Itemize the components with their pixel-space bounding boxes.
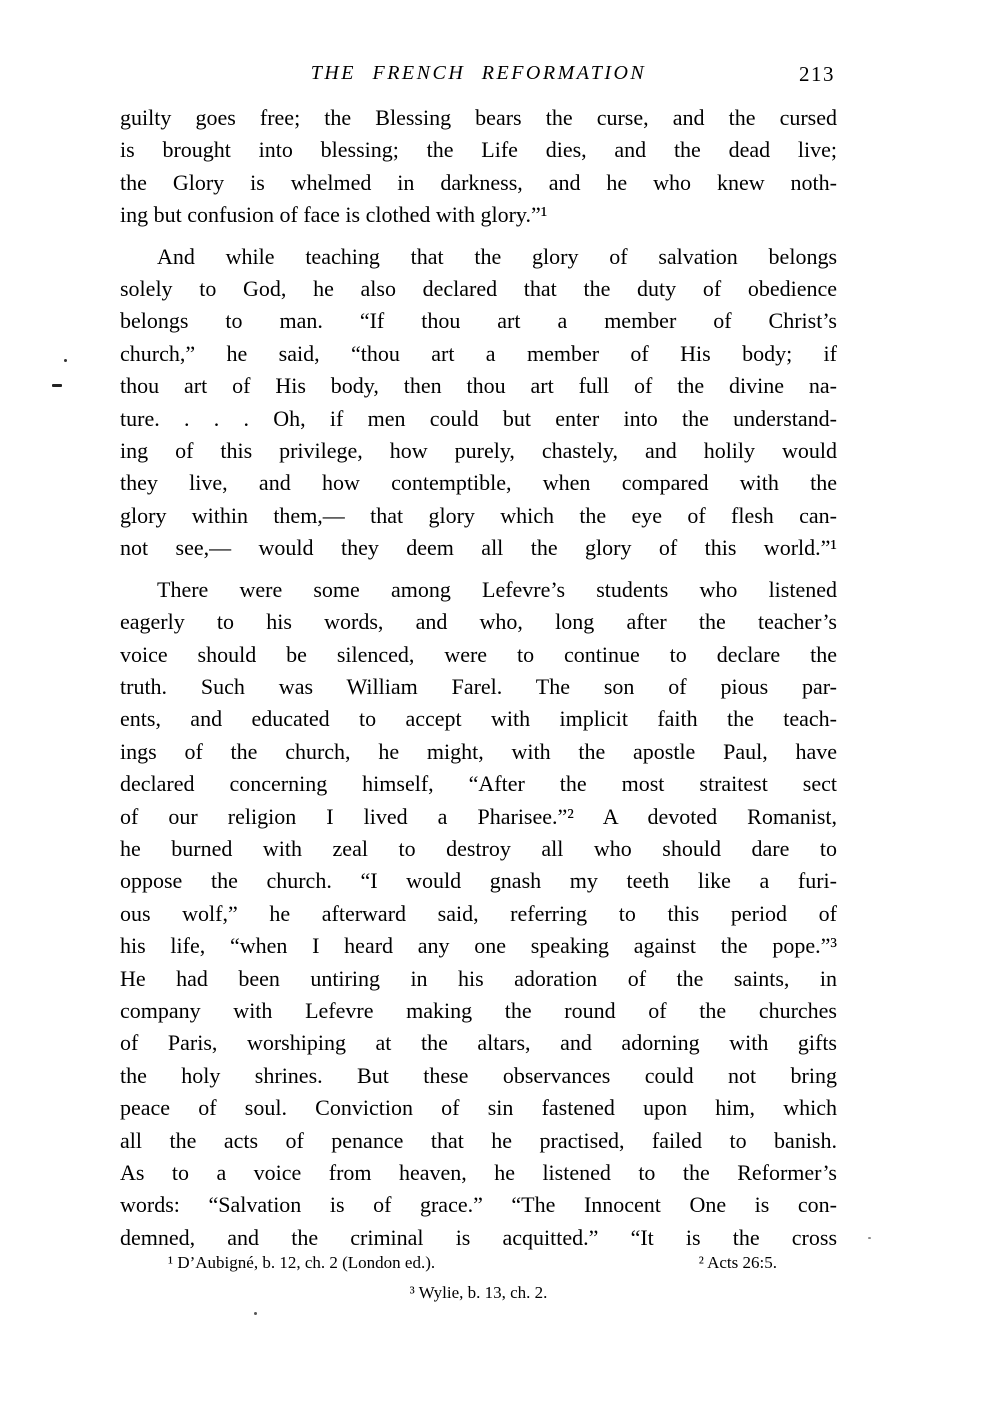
text-line: eagerly to his words, and who, long afte… <box>120 606 837 638</box>
text-line: thou art of His body, then thou art full… <box>120 370 837 402</box>
scan-dash <box>52 384 62 387</box>
body-text: guilty goes free; the Blessing bears the… <box>120 102 837 1254</box>
paragraph: There were some among Lefevre’s students… <box>120 574 837 1255</box>
text-line: He had been untiring in his adoration of… <box>120 963 837 995</box>
text-line: of our religion I lived a Pharisee.”² A … <box>120 801 837 833</box>
text-line: words: “Salvation is of grace.” “The Inn… <box>120 1189 837 1221</box>
text-line: ous wolf,” he afterward said, referring … <box>120 898 837 930</box>
footnotes: ¹ D’Aubigné, b. 12, ch. 2 (London ed.). … <box>120 1248 837 1308</box>
scan-speck <box>64 359 67 362</box>
text-line: truth. Such was William Farel. The son o… <box>120 671 837 703</box>
text-line: company with Lefevre making the round of… <box>120 995 837 1027</box>
text-line: oppose the church. “I would gnash my tee… <box>120 865 837 897</box>
text-line: ing of this privilege, how purely, chast… <box>120 435 837 467</box>
text-line: glory within them,— that glory which the… <box>120 500 837 532</box>
page-number: 213 <box>799 62 835 87</box>
paragraph: guilty goes free; the Blessing bears the… <box>120 102 837 232</box>
text-line: ture. . . . Oh, if men could but enter i… <box>120 403 837 435</box>
paragraph: And while teaching that the glory of sal… <box>120 241 837 565</box>
footnote-3: ³ Wylie, b. 13, ch. 2. <box>120 1278 837 1308</box>
text-line: solely to God, he also declared that the… <box>120 273 837 305</box>
text-line: belongs to man. “If thou art a member of… <box>120 305 837 337</box>
book-page: THE FRENCH REFORMATION 213 guilty goes f… <box>0 0 1000 1414</box>
text-line: church,” he said, “thou art a member of … <box>120 338 837 370</box>
footnote-row: ¹ D’Aubigné, b. 12, ch. 2 (London ed.). … <box>120 1248 837 1278</box>
text-line: ents, and educated to accept with implic… <box>120 703 837 735</box>
scan-speck <box>254 1312 257 1315</box>
text-line: declared concerning himself, “After the … <box>120 768 837 800</box>
text-line: guilty goes free; the Blessing bears the… <box>120 102 837 134</box>
text-line: he burned with zeal to destroy all who s… <box>120 833 837 865</box>
chapter-title: THE FRENCH REFORMATION <box>120 62 837 85</box>
text-line: not see,— would they deem all the glory … <box>120 532 837 564</box>
running-header: THE FRENCH REFORMATION 213 <box>120 62 837 90</box>
text-line: his life, “when I heard any one speaking… <box>120 930 837 962</box>
text-line: peace of soul. Conviction of sin fastene… <box>120 1092 837 1124</box>
text-line: voice should be silenced, were to contin… <box>120 639 837 671</box>
text-line: And while teaching that the glory of sal… <box>120 241 837 273</box>
text-line: all the acts of penance that he practise… <box>120 1125 837 1157</box>
text-line: the Glory is whelmed in darkness, and he… <box>120 167 837 199</box>
scan-speck <box>868 1237 871 1239</box>
text-line: the holy shrines. But these observances … <box>120 1060 837 1092</box>
text-line: There were some among Lefevre’s students… <box>120 574 837 606</box>
text-line: of Paris, worshiping at the altars, and … <box>120 1027 837 1059</box>
text-line: ing but confusion of face is clothed wit… <box>120 199 837 231</box>
text-line: As to a voice from heaven, he listened t… <box>120 1157 837 1189</box>
text-line: ings of the church, he might, with the a… <box>120 736 837 768</box>
text-line: they live, and how contemptible, when co… <box>120 467 837 499</box>
footnote-2: ² Acts 26:5. <box>699 1248 777 1278</box>
text-line: is brought into blessing; the Life dies,… <box>120 134 837 166</box>
footnote-1: ¹ D’Aubigné, b. 12, ch. 2 (London ed.). <box>168 1248 435 1278</box>
